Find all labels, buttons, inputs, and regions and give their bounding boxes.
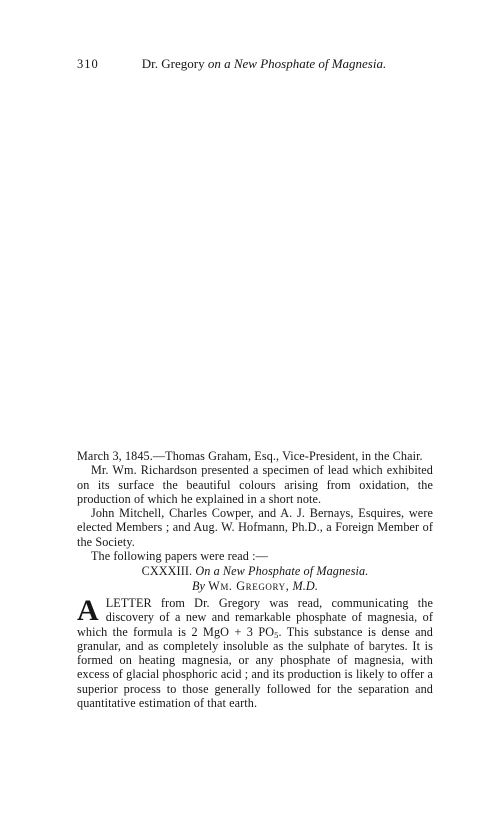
main-text-block: March 3, 1845.—Thomas Graham, Esq., Vice… xyxy=(77,449,433,710)
running-header: 310 Dr. Gregory on a New Phosphate of Ma… xyxy=(77,56,433,73)
members-elected-paragraph: John Mitchell, Charles Cowper, and A. J.… xyxy=(77,506,433,549)
running-title-author: Dr. Gregory xyxy=(142,56,208,71)
article-title: On a New Phosphate of Magnesia. xyxy=(195,564,368,578)
chair-line: March 3, 1845.—Thomas Graham, Esq., Vice… xyxy=(77,449,433,463)
byline-by: By xyxy=(192,579,208,593)
running-title: Dr. Gregory on a New Phosphate of Magnes… xyxy=(77,56,433,71)
article-byline: By Wm. Gregory, M.D. xyxy=(77,579,433,593)
richardson-paragraph: Mr. Wm. Richardson presented a specimen … xyxy=(77,463,433,506)
article-heading: CXXXIII. On a New Phosphate of Magnesia. xyxy=(77,564,433,578)
papers-read-line: The following papers were read :— xyxy=(77,549,433,563)
article-number: CXXXIII. xyxy=(142,564,196,578)
byline-author: Wm. Gregory, xyxy=(208,579,289,593)
running-title-subject: on a New Phosphate of Magnesia. xyxy=(208,56,386,71)
dropcap-letter: A xyxy=(77,596,106,623)
article-body-paragraph: ALETTER from Dr. Gregory was read, commu… xyxy=(77,596,433,710)
journal-page: 310 Dr. Gregory on a New Phosphate of Ma… xyxy=(0,0,500,833)
page-number: 310 xyxy=(77,57,99,72)
byline-degree: M.D. xyxy=(289,579,318,593)
